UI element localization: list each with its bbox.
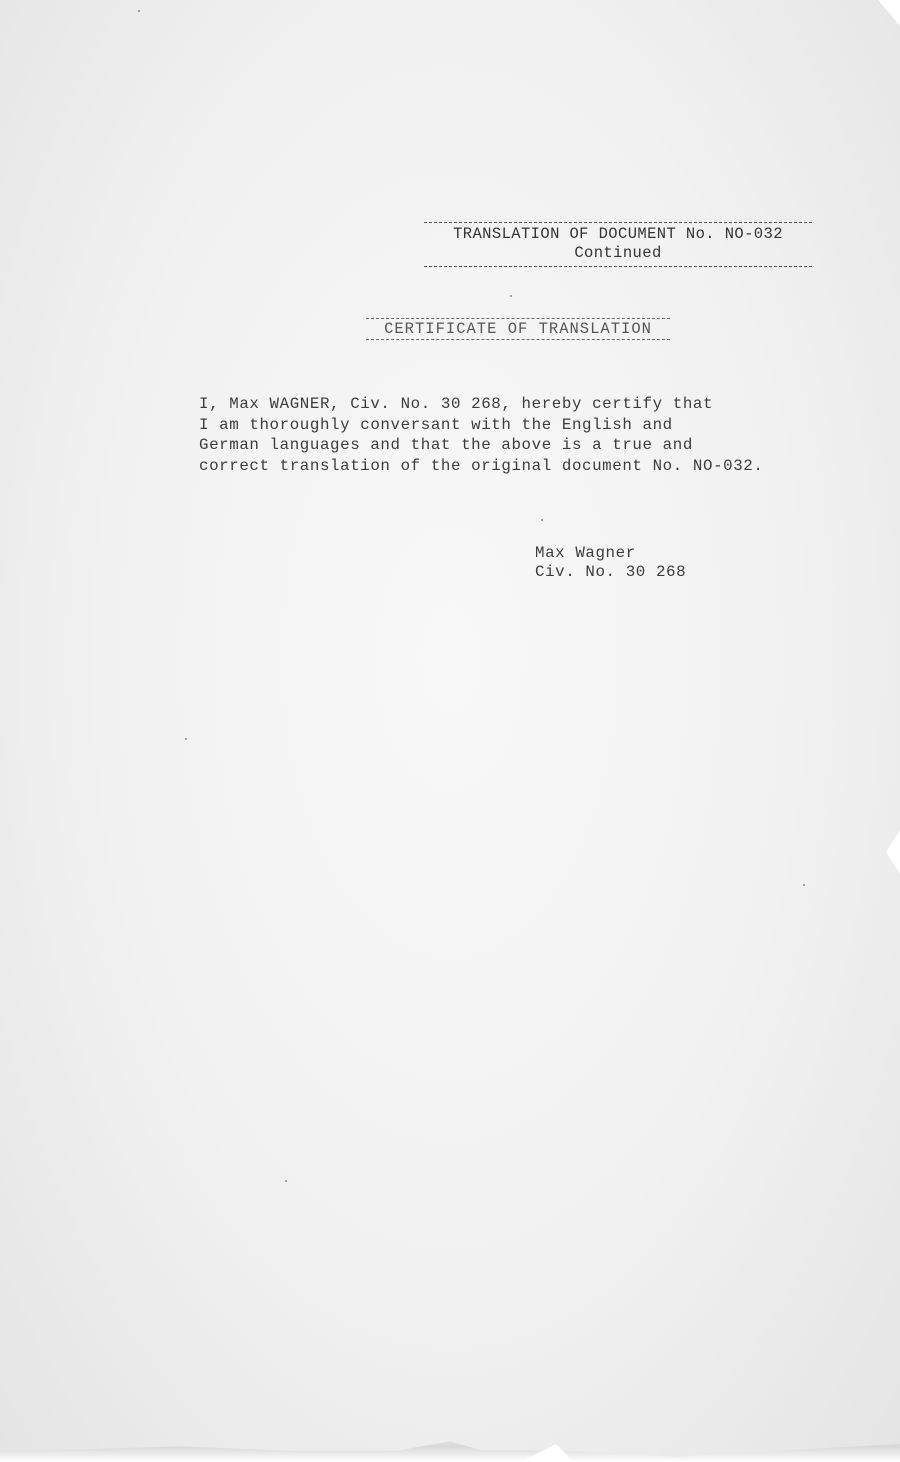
certificate-title: CERTIFICATE OF TRANSLATION <box>366 318 670 340</box>
paper-speck <box>803 884 805 886</box>
torn-edge <box>886 830 900 874</box>
paper-speck <box>541 519 543 521</box>
torn-bottom-edge <box>0 1436 900 1462</box>
certificate-body: I, Max WAGNER, Civ. No. 30 268, hereby c… <box>199 394 859 476</box>
body-line: I am thoroughly conversant with the Engl… <box>199 415 859 436</box>
document-title: TRANSLATION OF DOCUMENT No. NO-032 <box>424 222 812 244</box>
document-page: TRANSLATION OF DOCUMENT No. NO-032 Conti… <box>0 0 900 1462</box>
signatory-name: Max Wagner <box>535 544 686 563</box>
signatory-civ-no: Civ. No. 30 268 <box>535 563 686 582</box>
body-line: German languages and that the above is a… <box>199 435 859 456</box>
body-line: correct translation of the original docu… <box>199 456 859 477</box>
document-subtitle: Continued <box>424 244 812 267</box>
paper-speck <box>285 1180 287 1182</box>
signature-block: Max Wagner Civ. No. 30 268 <box>535 544 686 582</box>
paper-speck <box>185 738 187 740</box>
body-line: I, Max WAGNER, Civ. No. 30 268, hereby c… <box>199 394 859 415</box>
paper-speck <box>138 10 140 12</box>
paper-speck <box>510 295 512 297</box>
document-header: TRANSLATION OF DOCUMENT No. NO-032 Conti… <box>424 222 812 267</box>
torn-corner <box>878 0 900 26</box>
